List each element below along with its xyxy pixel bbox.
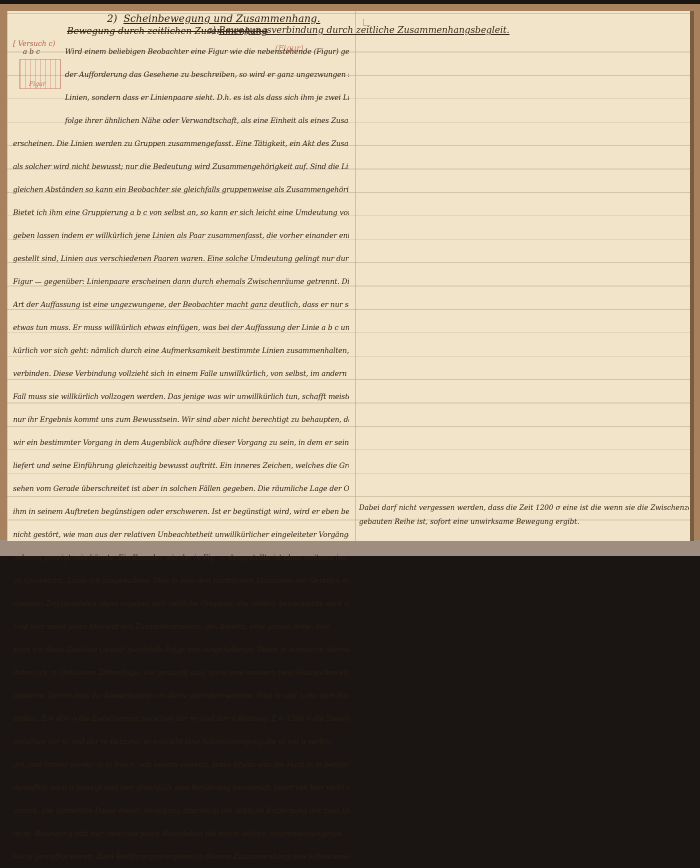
page-edge-shadow: [690, 11, 694, 541]
side-note-line: Dabei darf nicht vergessen werden, dass …: [359, 501, 689, 515]
section-title: Scheinbewegung und Zusammenhang.: [123, 14, 320, 25]
text-line: folge ihrer ähnlichen Nähe oder Verwandt…: [13, 109, 349, 132]
text-line: liefert und seine Einführung gleichzeiti…: [13, 454, 349, 477]
manuscript-body: Wird einem beliebigen Beobachter eine Fi…: [13, 40, 349, 570]
text-line: gleichen Abständen so kann ein Beobachte…: [13, 178, 349, 201]
side-note-line: gebauten Reihe ist, sofort eine unwirksa…: [359, 515, 689, 529]
text-line: Bietet ich ihm eine Gruppierung a b c vo…: [13, 201, 349, 224]
right-margin-note: Dabei darf nicht vergessen werden, dass …: [359, 501, 689, 529]
text-line: nicht gestört, wie man aus der relativen…: [13, 523, 349, 546]
text-line: erscheinen. Die Linien werden zu Gruppen…: [13, 132, 349, 155]
text-line: Linien, sondern dass er Linienpaare sieh…: [13, 86, 349, 109]
text-line: Wird einem beliebigen Beobachter eine Fi…: [13, 40, 349, 63]
text-line: Fall muss sie willkürlich vollzogen werd…: [13, 385, 349, 408]
text-line: geben lassen indem er willkürlich jene L…: [13, 224, 349, 247]
text-line: wir ein bestimmter Vorgang in dem Augenb…: [13, 431, 349, 454]
text-line: nehmen geneigt sein könnte. Ein Komplex …: [13, 546, 349, 569]
section-heading: 2) Scheinbewegung und Zusammenhang.: [107, 14, 320, 25]
text-line: kürlich vor sich geht: nämlich durch ein…: [13, 339, 349, 362]
text-line: Figur — gegenüber: Linienpaare erscheine…: [13, 270, 349, 293]
subheading-number: a): [207, 26, 216, 36]
text-line: sehen vom Gerade überschreitet ist aber …: [13, 477, 349, 500]
text-line: der Aufforderung das Gesehene zu beschre…: [13, 63, 349, 86]
section-number: 2): [107, 14, 117, 25]
text-line: etwas tun muss. Er muss willkürlich etwa…: [13, 316, 349, 339]
subheading: a) Bewegungsverbindung durch zeitliche Z…: [207, 26, 509, 36]
corner-pencil-mark: [363, 19, 370, 26]
manuscript-page: 2) Scheinbewegung und Zusammenhang. Bewe…: [7, 11, 690, 541]
text-line: gestellt sind, Linien aus verschiedenen …: [13, 247, 349, 270]
text-line: nur ihr Ergebnis kommt uns zum Bewusstse…: [13, 408, 349, 431]
text-line: ihm in seinem Auftreten begünstigen oder…: [13, 500, 349, 523]
center-fold-line: [355, 11, 356, 541]
text-line: verbinden. Diese Verbindung vollzieht si…: [13, 362, 349, 385]
subheading-text: Bewegungsverbindung durch zeitliche Zusa…: [219, 26, 510, 36]
text-line: als solcher wird nicht bewusst; nur die …: [13, 155, 349, 178]
text-line: Art der Auffassung ist eine ungezwungene…: [13, 293, 349, 316]
